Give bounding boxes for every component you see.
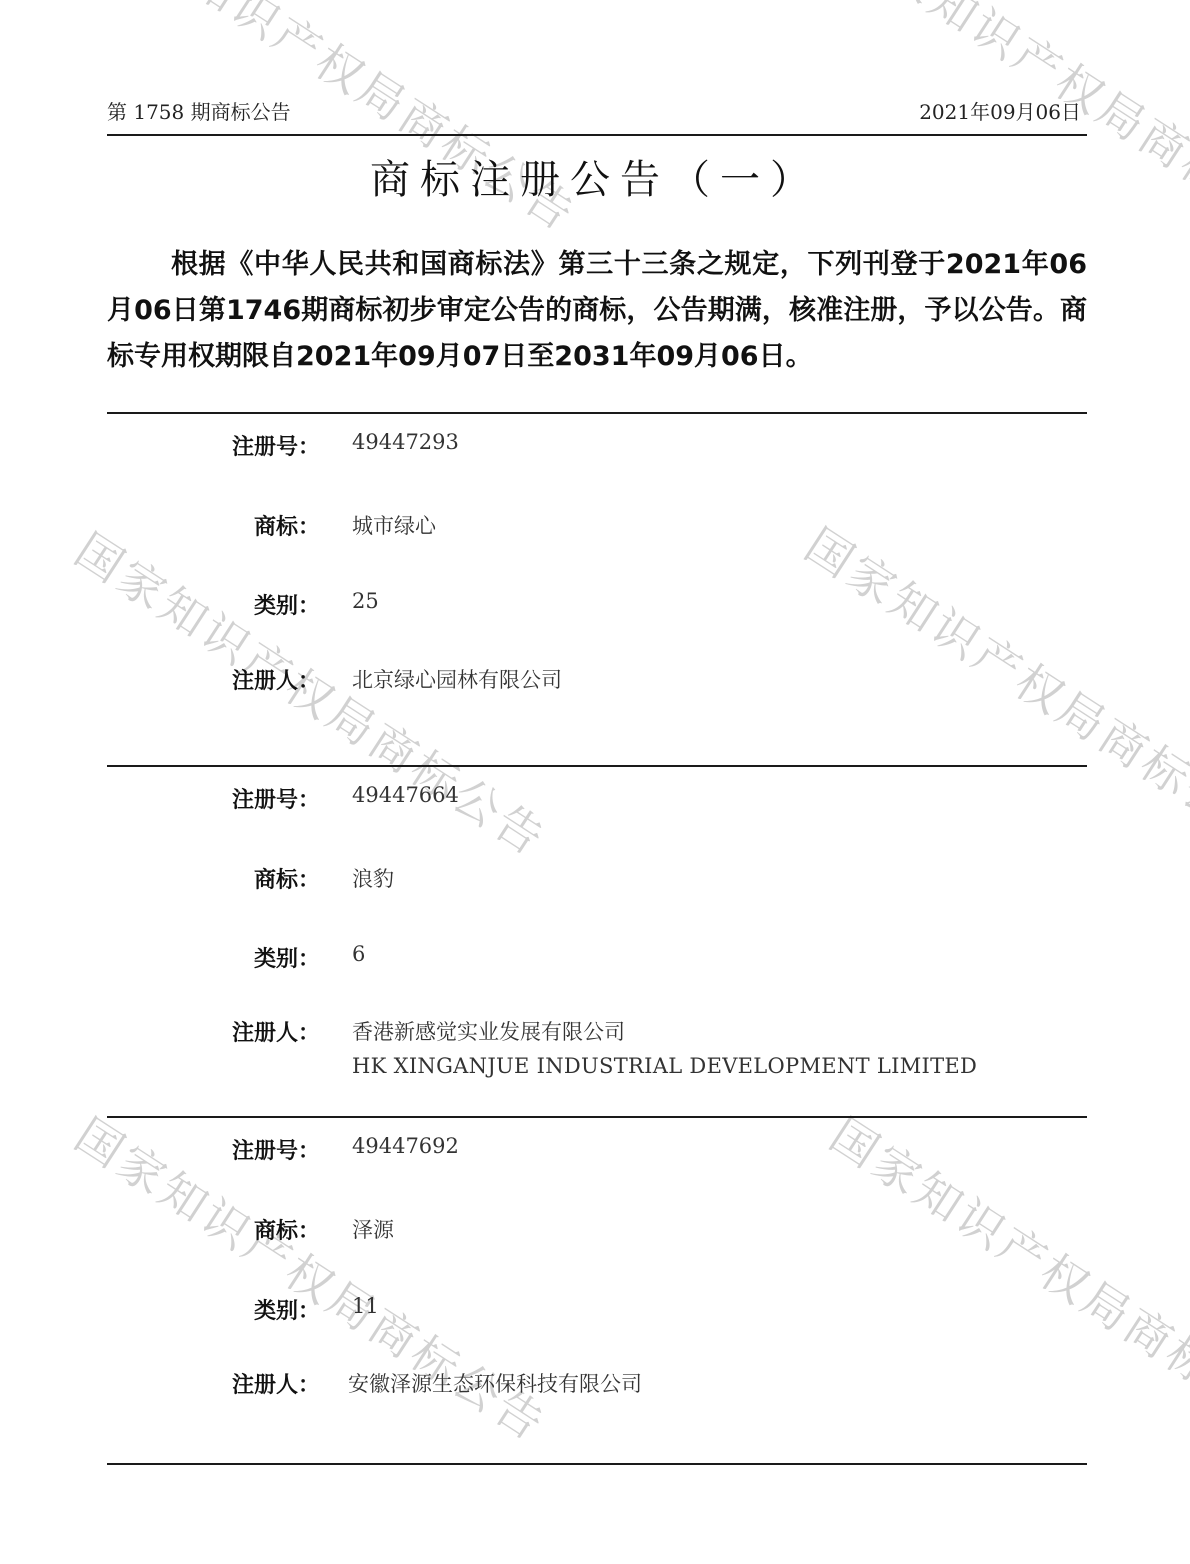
header-divider xyxy=(107,134,1087,136)
mark-value: 城市绿心 xyxy=(352,510,436,540)
registrant-value-en: HK XINGANJUE INDUSTRIAL DEVELOPMENT LIMI… xyxy=(352,1054,977,1078)
mark-label: 商标： xyxy=(254,863,320,894)
mark-value: 浪豹 xyxy=(352,863,394,893)
class-value: 6 xyxy=(352,942,365,966)
reg-no-label: 注册号： xyxy=(232,430,320,461)
entry-divider xyxy=(107,765,1087,767)
entry-divider xyxy=(107,1116,1087,1118)
registrant-label: 注册人： xyxy=(232,1368,320,1399)
footer-divider xyxy=(107,1463,1087,1465)
issue-date: 2021年09月06日 xyxy=(919,96,1081,125)
mark-value: 泽源 xyxy=(352,1214,394,1244)
class-value: 11 xyxy=(352,1294,379,1318)
class-label: 类别： xyxy=(254,589,320,620)
registrant-value: 北京绿心园林有限公司 xyxy=(352,664,562,694)
registrant-value: 安徽泽源生态环保科技有限公司 xyxy=(348,1368,642,1398)
reg-no-value: 49447293 xyxy=(352,430,459,454)
page-title: 商标注册公告（一） xyxy=(0,148,1190,205)
mark-label: 商标： xyxy=(254,1214,320,1245)
registrant-label: 注册人： xyxy=(232,664,320,695)
class-label: 类别： xyxy=(254,942,320,973)
registrant-value: 香港新感觉实业发展有限公司 xyxy=(352,1016,625,1046)
mark-label: 商标： xyxy=(254,510,320,541)
class-label: 类别： xyxy=(254,1294,320,1325)
reg-no-value: 49447692 xyxy=(352,1134,459,1158)
watermark: 国家知识产权局商标公告 xyxy=(834,0,1190,265)
reg-no-label: 注册号： xyxy=(232,783,320,814)
page-header: 第 1758 期商标公告 2021年09月06日 xyxy=(107,96,1087,128)
reg-no-label: 注册号： xyxy=(232,1134,320,1165)
reg-no-value: 49447664 xyxy=(352,783,459,807)
intro-paragraph: 根据《中华人民共和国商标法》第三十三条之规定，下列刊登于2021年06月06日第… xyxy=(107,242,1087,380)
section-divider xyxy=(107,412,1087,414)
registrant-label: 注册人： xyxy=(232,1016,320,1047)
issue-number: 第 1758 期商标公告 xyxy=(107,96,291,125)
class-value: 25 xyxy=(352,589,379,613)
